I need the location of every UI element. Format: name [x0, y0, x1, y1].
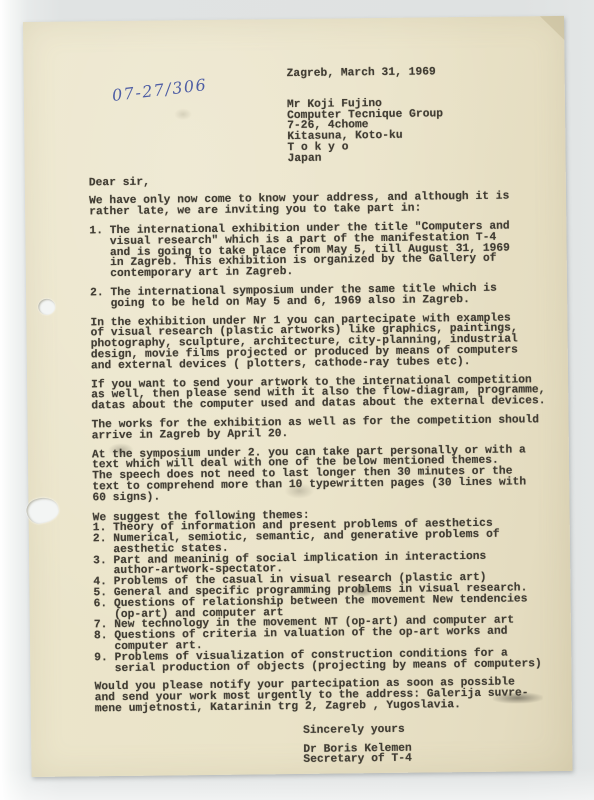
date-line: Zagreb, March 31, 1969: [287, 66, 554, 80]
paragraph-intro: We have only now come to know your addre…: [89, 191, 555, 218]
signoff-block: Sincerely yours Dr Boris Kelemen Secreta…: [303, 723, 561, 766]
list-item-exhibition: 1. The international exhibition under th…: [89, 221, 556, 280]
recipient-address: Mr Koji Fujino Computer Tecnique Group 7…: [287, 97, 555, 165]
letter-body: Zagreb, March 31, 1969 Mr Koji Fujino Co…: [88, 66, 562, 768]
salutation: Dear sir,: [89, 173, 555, 189]
paragraph-exhibition-details: In the exhibition under Nr 1 you can par…: [90, 313, 557, 372]
signoff-closing: Sincerely yours: [303, 723, 561, 737]
paragraph-notify: Would you please notify your partecipati…: [95, 677, 561, 715]
themes-list: 1. Theory of information and present pro…: [93, 518, 561, 674]
letter-page: 07-27/306 Zagreb, March 31, 1969 Mr Koji…: [23, 16, 573, 777]
list-item-symposium: 2. The international symposium under the…: [90, 283, 556, 310]
top-right-corner-fold: [540, 16, 564, 40]
punch-hole-top: [38, 299, 55, 315]
signoff-title: Secretary of T-4: [303, 752, 561, 766]
paragraph-competition: If you want to send your artwork to the …: [91, 375, 557, 413]
punch-hole-bottom-torn: [24, 495, 61, 526]
paragraph-symposium-details: At the symposium under 2. you can take p…: [92, 445, 559, 504]
paragraph-deadline: The works for the exhibition as well as …: [92, 415, 558, 442]
